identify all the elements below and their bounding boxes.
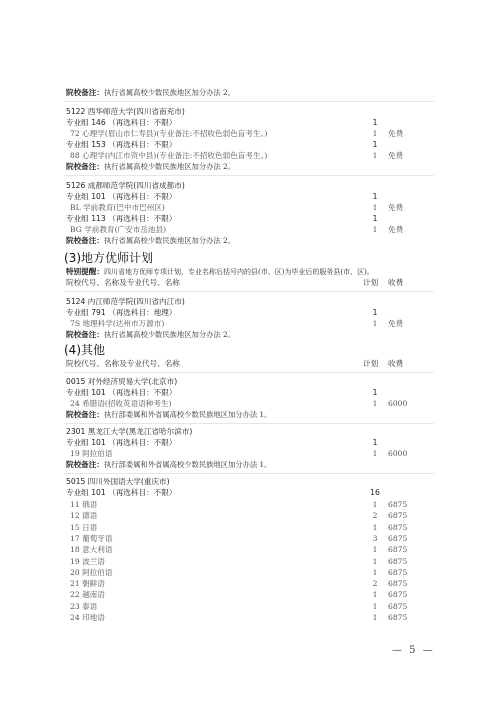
school-remark: 院校备注：执行省属高校少数民族地区加分办法 2。 [66, 87, 235, 98]
group-label: 专业组 101 （再选科目：不限） [66, 437, 176, 448]
notice-label: 特别提醒： [66, 267, 104, 276]
major-fee: 6875 [388, 589, 407, 600]
remark-text: 执行省属高校少数民族地区加分办法 2。 [104, 236, 235, 245]
school-name: 5126 成都师范学院(四川省成都市) [66, 180, 185, 191]
divider [64, 372, 434, 373]
major-plan: 1 [369, 150, 381, 161]
group-plan: 1 [369, 437, 381, 448]
document-page: 院校备注：执行省属高校少数民族地区加分办法 2。 5122 西华师范大学(四川省… [0, 0, 499, 706]
remark-text: 执行部委属和外省属高校少数民族地区加分办法 1。 [104, 460, 272, 469]
table-header: 院校代号、名称及专业代号、名称 计划 收费 [66, 277, 426, 288]
major-fee: 6000 [388, 398, 407, 409]
major-row: BL 学前教育(巴中市巴州区) 1 免费 [66, 202, 426, 213]
major-plan: 2 [369, 510, 381, 521]
major-row: 11 俄语16875 [66, 499, 426, 510]
header-fee: 收费 [388, 358, 403, 369]
major-fee: 免费 [388, 318, 403, 329]
major-row: 22 越南语16875 [66, 589, 426, 600]
major-plan: 1 [369, 544, 381, 555]
major-row: 18 意大利语16875 [66, 544, 426, 555]
divider [64, 423, 434, 424]
major-row: 23 泰语16875 [66, 601, 426, 612]
major-name: 22 越南语 [70, 589, 105, 600]
divider [64, 291, 434, 292]
header-plan: 计划 [363, 358, 378, 369]
school-remark: 院校备注：执行部委属和外省属高校少数民族地区加分办法 1。 [66, 459, 271, 470]
remark-text: 执行省属高校少数民族地区加分办法 2。 [104, 330, 235, 339]
school-name: 0015 对外经济贸易大学(北京市) [66, 376, 177, 387]
divider [64, 473, 434, 474]
school-remark: 院校备注：执行省属高校少数民族地区加分办法 2。 [66, 161, 235, 172]
remark-label: 院校备注： [66, 88, 104, 97]
major-row: 12 德语26875 [66, 510, 426, 521]
major-fee: 6875 [388, 533, 407, 544]
major-fee: 6875 [388, 544, 407, 555]
major-plan: 3 [369, 533, 381, 544]
major-plan: 1 [369, 398, 381, 409]
major-row: 24 希腊语(招收英语语种考生) 1 6000 [66, 398, 426, 409]
remark-label: 院校备注： [66, 460, 104, 469]
major-row: 20 阿拉伯语16875 [66, 567, 426, 578]
group-label: 专业组 101 （再选科目：不限） [66, 191, 176, 202]
major-name: 88 心理学(内江市资中县)(专业备注:不招收色弱色盲考生。) [70, 150, 267, 161]
header-name: 院校代号、名称及专业代号、名称 [66, 358, 180, 369]
major-name: 17 葡萄牙语 [70, 533, 112, 544]
major-plan: 1 [369, 612, 381, 623]
school-name: 5122 西华师范大学(四川省南充市) [66, 106, 185, 117]
major-plan: 1 [369, 522, 381, 533]
major-plan: 1 [369, 567, 381, 578]
remark-text: 执行部委属和外省属高校少数民族地区加分办法 1。 [104, 410, 272, 419]
major-group-row: 专业组 113 （再选科目：不限） 1 [66, 213, 426, 224]
major-fee: 6875 [388, 567, 407, 578]
major-row: 19 波兰语16875 [66, 556, 426, 567]
major-fee: 6875 [388, 578, 407, 589]
header-fee: 收费 [388, 277, 403, 288]
table-header: 院校代号、名称及专业代号、名称 计划 收费 [66, 358, 426, 369]
remark-text: 执行省属高校少数民族地区加分办法 2。 [104, 88, 235, 97]
major-plan: 1 [369, 202, 381, 213]
major-name: 20 阿拉伯语 [70, 567, 112, 578]
major-group-row: 专业组 153 （再选科目：不限） 1 [66, 139, 426, 150]
group-plan: 1 [369, 387, 381, 398]
group-plan: 1 [369, 117, 381, 128]
major-plan: 1 [369, 556, 381, 567]
major-row: 21 朝鲜语26875 [66, 578, 426, 589]
major-name: 21 朝鲜语 [70, 578, 105, 589]
remark-label: 院校备注： [66, 162, 104, 171]
major-row: 7S 地理科学(达州市万源市) 1 免费 [66, 318, 426, 329]
notice-text: 四川省地方优师专项计划，专业名称后括号内的县(市、区)为毕业后的服务县(市、区)… [104, 268, 374, 276]
major-plan: 1 [369, 318, 381, 329]
major-name: 24 希腊语(招收英语语种考生) [70, 398, 172, 409]
major-plan: 2 [369, 578, 381, 589]
page-number: — 5 — [392, 645, 435, 656]
major-row: 15 日语16875 [66, 522, 426, 533]
major-group-row: 专业组 101 （再选科目：不限） 16 [66, 487, 426, 498]
major-name: 12 德语 [70, 510, 97, 521]
school-name: 5015 四川外国语大学(重庆市) [66, 476, 170, 487]
major-plan: 1 [369, 128, 381, 139]
group-plan: 1 [369, 307, 381, 318]
major-fee: 免费 [388, 128, 403, 139]
major-row: 24 印地语16875 [66, 612, 426, 623]
major-fee: 免费 [388, 202, 403, 213]
major-name: BL 学前教育(巴中市巴州区) [70, 202, 165, 213]
header-plan: 计划 [363, 277, 378, 288]
group-plan: 1 [369, 139, 381, 150]
group-plan: 1 [369, 213, 381, 224]
major-name: 24 印地语 [70, 612, 105, 623]
remark-label: 院校备注： [66, 236, 104, 245]
major-group-row: 专业组 791 （再选科目：地理） 1 [66, 307, 426, 318]
major-name: 15 日语 [70, 522, 97, 533]
major-name: BG 学前教育(广安市岳池县) [70, 224, 166, 235]
major-row: 19 阿拉伯语 1 6000 [66, 448, 426, 459]
major-group-row: 专业组 101 （再选科目：不限） 1 [66, 387, 426, 398]
remark-label: 院校备注： [66, 410, 104, 419]
major-fee: 6875 [388, 601, 407, 612]
school-remark: 院校备注：执行部委属和外省属高校少数民族地区加分办法 1。 [66, 409, 271, 420]
school-name: 5124 内江师范学院(四川省内江市) [66, 296, 185, 307]
school-remark: 院校备注：执行省属高校少数民族地区加分办法 2。 [66, 329, 235, 340]
group-plan: 1 [369, 191, 381, 202]
major-fee: 免费 [388, 150, 403, 161]
major-plan: 1 [369, 448, 381, 459]
group-label: 专业组 153 （再选科目：不限） [66, 139, 176, 150]
major-fee: 免费 [388, 224, 403, 235]
section-title: (3)地方优师计划 [64, 251, 153, 265]
major-row: 88 心理学(内江市资中县)(专业备注:不招收色弱色盲考生。) 1 免费 [66, 150, 426, 161]
major-name: 18 意大利语 [70, 544, 112, 555]
major-name: 7S 地理科学(达州市万源市) [70, 318, 164, 329]
remark-text: 执行省属高校少数民族地区加分办法 2。 [104, 162, 235, 171]
major-fee: 6875 [388, 612, 407, 623]
divider [64, 175, 434, 176]
major-plan: 1 [369, 224, 381, 235]
header-name: 院校代号、名称及专业代号、名称 [66, 277, 180, 288]
group-label: 专业组 146 （再选科目：不限） [66, 117, 176, 128]
major-fee: 6875 [388, 522, 407, 533]
group-plan: 16 [366, 487, 384, 498]
major-name: 23 泰语 [70, 601, 97, 612]
section-title: (4)其他 [64, 343, 105, 357]
major-name: 11 俄语 [70, 499, 97, 510]
major-fee: 6875 [388, 556, 407, 567]
major-plan: 1 [369, 601, 381, 612]
major-row: 17 葡萄牙语36875 [66, 533, 426, 544]
major-group-row: 专业组 101 （再选科目：不限） 1 [66, 191, 426, 202]
group-label: 专业组 791 （再选科目：地理） [66, 307, 176, 318]
major-name: 19 波兰语 [70, 556, 105, 567]
major-fee: 6000 [388, 448, 407, 459]
major-name: 72 心理学(眉山市仁寿县)(专业备注:不招收色弱色盲考生。) [70, 128, 267, 139]
major-name: 19 阿拉伯语 [70, 448, 112, 459]
major-group-row: 专业组 101 （再选科目：不限） 1 [66, 437, 426, 448]
major-fee: 6875 [388, 499, 407, 510]
major-group-row: 专业组 146 （再选科目：不限） 1 [66, 117, 426, 128]
remark-label: 院校备注： [66, 330, 104, 339]
school-name: 2301 黑龙江大学(黑龙江省哈尔滨市) [66, 426, 192, 437]
group-label: 专业组 101 （再选科目：不限） [66, 487, 176, 498]
group-label: 专业组 101 （再选科目：不限） [66, 387, 176, 398]
school-remark: 院校备注：执行省属高校少数民族地区加分办法 2。 [66, 235, 235, 246]
divider [64, 101, 434, 102]
major-plan: 1 [369, 499, 381, 510]
major-fee: 6875 [388, 510, 407, 521]
major-row: BG 学前教育(广安市岳池县) 1 免费 [66, 224, 426, 235]
major-row: 72 心理学(眉山市仁寿县)(专业备注:不招收色弱色盲考生。) 1 免费 [66, 128, 426, 139]
special-notice: 特别提醒：四川省地方优师专项计划，专业名称后括号内的县(市、区)为毕业后的服务县… [66, 266, 374, 277]
group-label: 专业组 113 （再选科目：不限） [66, 213, 176, 224]
major-plan: 1 [369, 589, 381, 600]
